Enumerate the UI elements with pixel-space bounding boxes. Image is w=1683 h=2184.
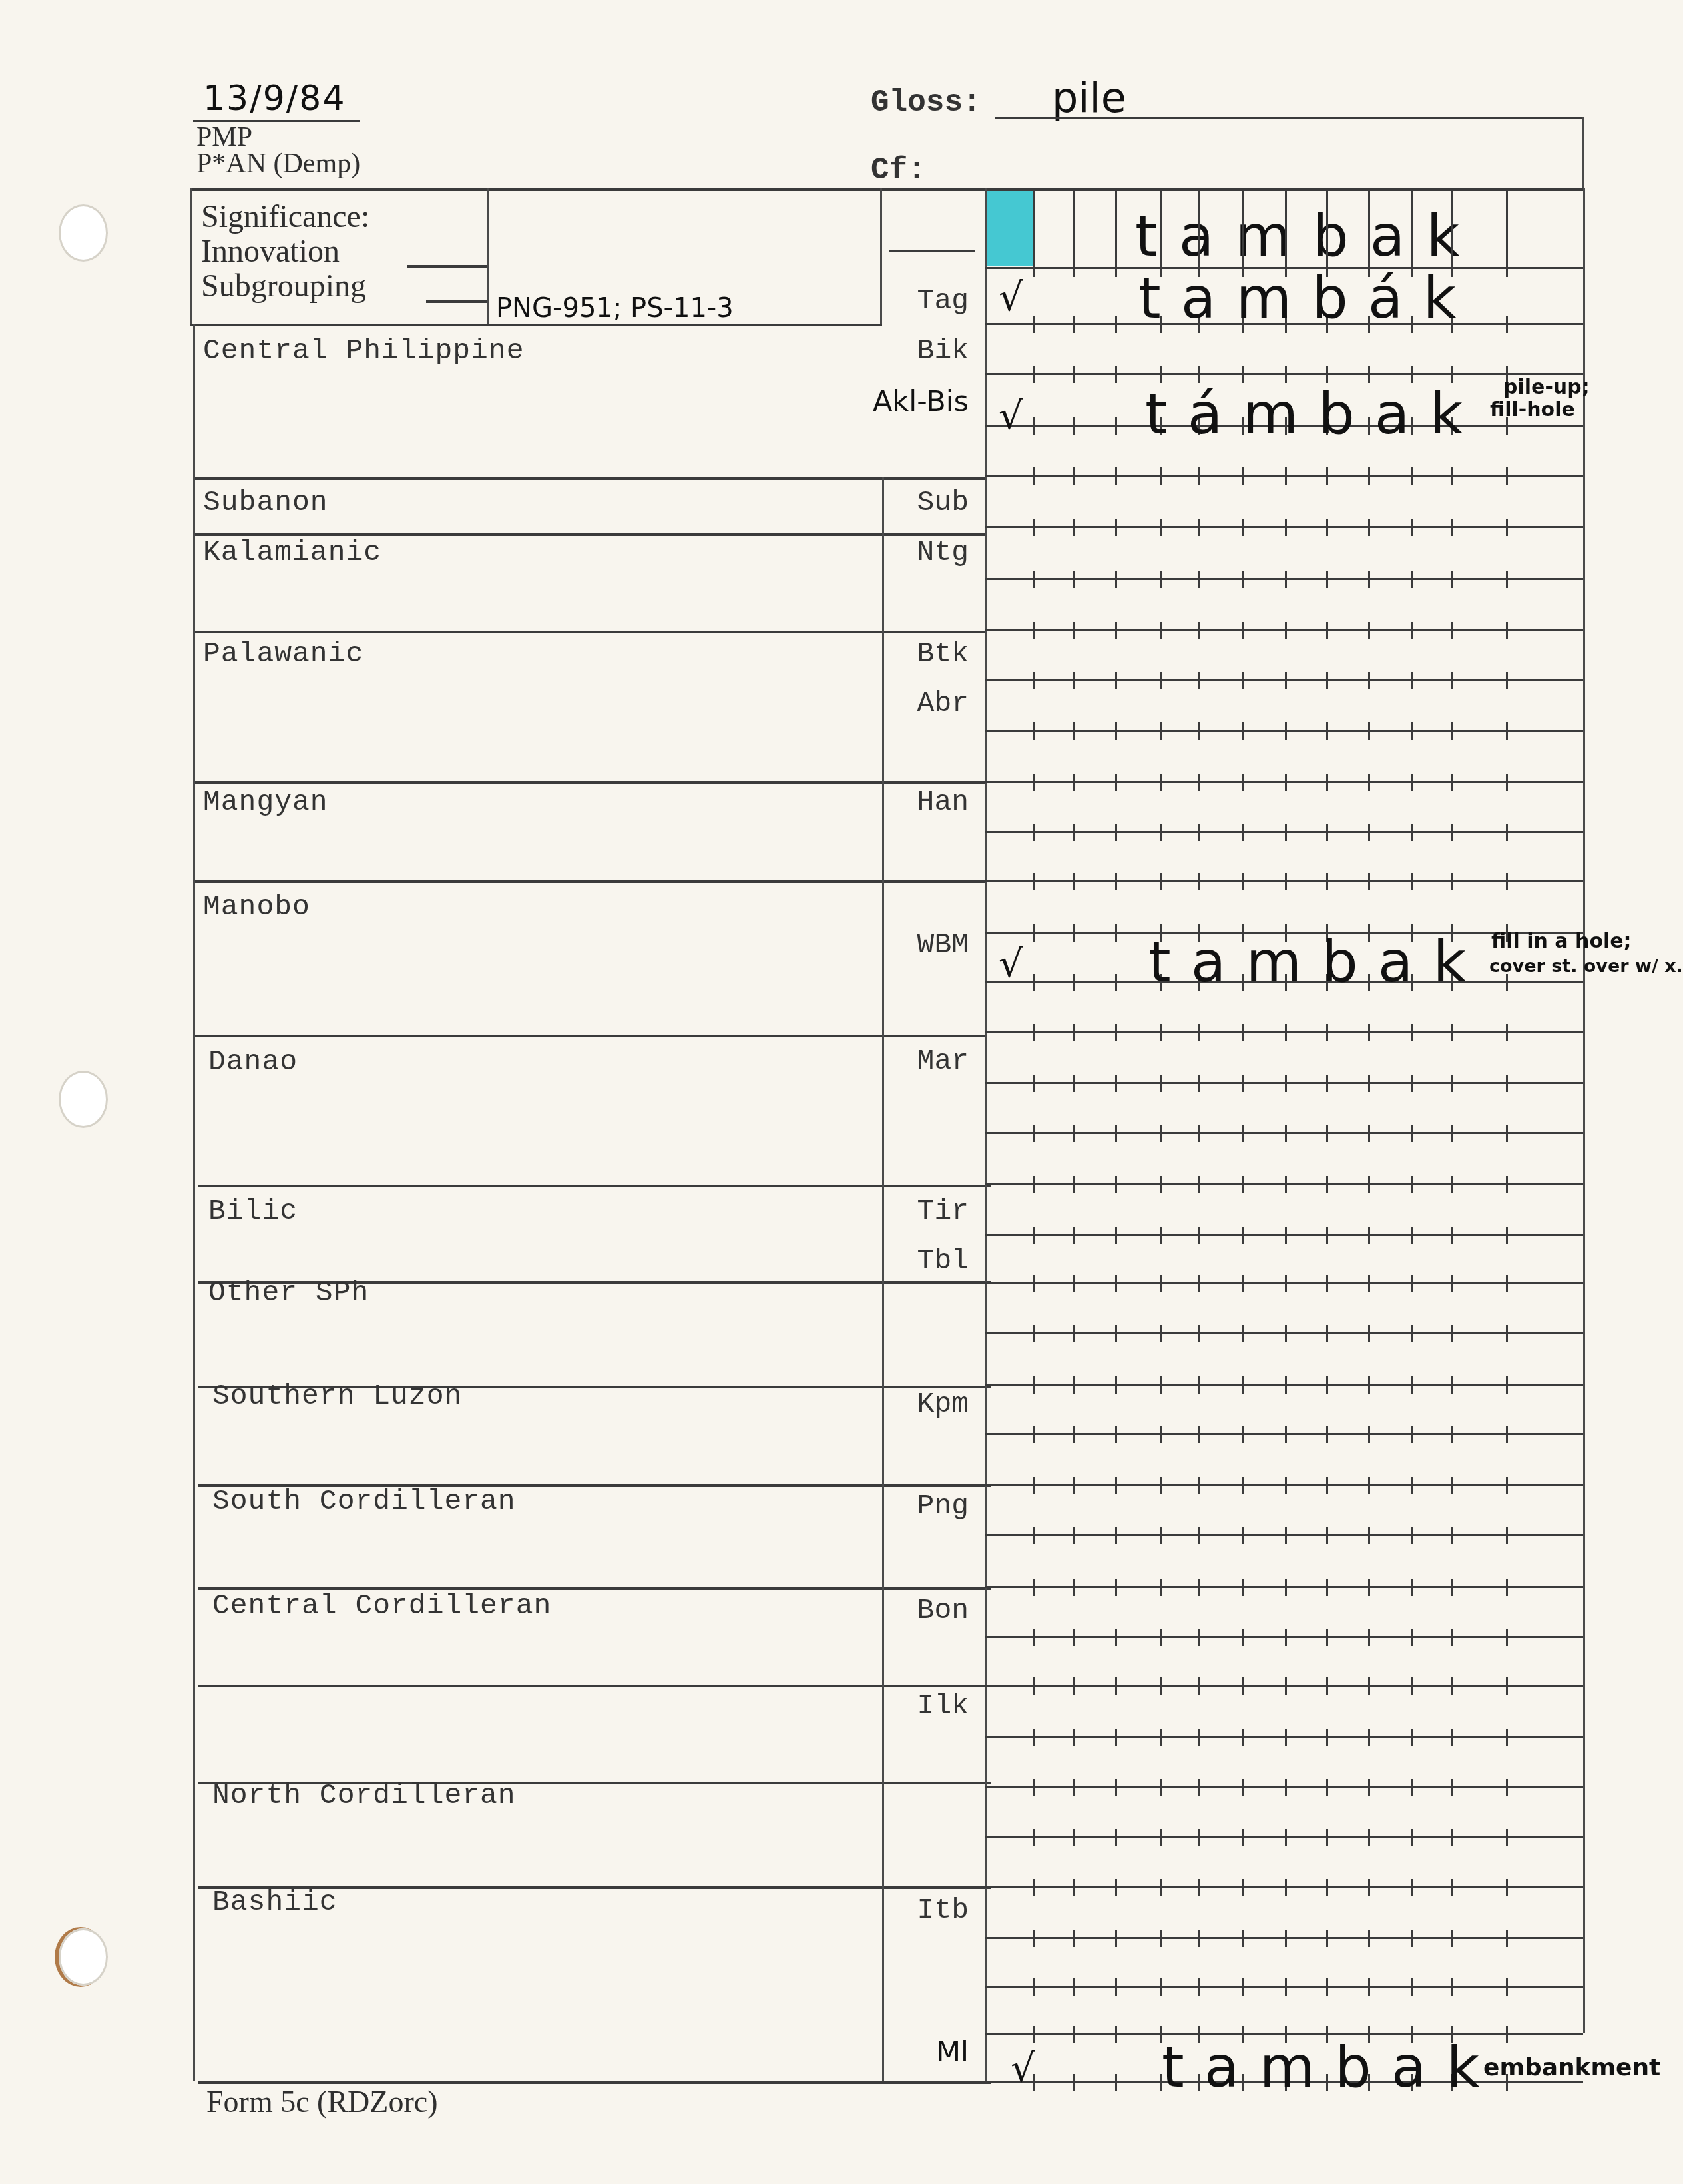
grid-tick <box>1160 1275 1162 1292</box>
grid-tick <box>1368 1579 1370 1596</box>
group-label: Manobo <box>203 890 310 923</box>
language-code: WBM <box>869 928 969 961</box>
grid-tick <box>1368 1325 1370 1342</box>
grid-tick <box>1506 1376 1508 1394</box>
grid-right-border <box>1583 188 1585 2033</box>
akl-bis-form[interactable]: támbak <box>1145 381 1483 447</box>
grid-tick <box>1506 672 1508 689</box>
grid-tick <box>1033 924 1035 942</box>
grid-tick <box>1411 1527 1413 1544</box>
grid-tick <box>1368 1829 1370 1846</box>
grid-tick <box>1073 2074 1075 2091</box>
grid-tick <box>1506 722 1508 740</box>
grid-tick <box>1368 1477 1370 1494</box>
section-divider <box>198 1685 991 1687</box>
grid-tick <box>1411 1829 1413 1846</box>
grid-tick <box>1506 1629 1508 1646</box>
grid-tick <box>1160 672 1162 689</box>
grid-tick <box>1411 1477 1413 1494</box>
wbm-note-2: cover st. over w/ x. <box>1489 956 1683 977</box>
grid-tick <box>1073 622 1075 639</box>
grid-tick <box>1506 571 1508 588</box>
grid-tick <box>1033 672 1035 689</box>
grid-tick <box>1285 467 1287 485</box>
grid-tick <box>1073 316 1075 333</box>
grid-tick <box>1285 824 1287 841</box>
grid-tick <box>1368 774 1370 791</box>
grid-tick <box>1160 1677 1162 1695</box>
grid-tick <box>1451 1376 1453 1394</box>
grid-tick <box>1073 366 1075 383</box>
header-cell-divider <box>1160 191 1162 267</box>
grid-tick <box>1115 1227 1117 1244</box>
grid-tick <box>1326 722 1328 740</box>
grid-tick <box>1285 1275 1287 1292</box>
grid-tick <box>1451 519 1453 536</box>
grid-tick <box>1451 1677 1453 1695</box>
grid-tick <box>1160 1978 1162 1996</box>
grid-tick <box>1451 1477 1453 1494</box>
grid-tick <box>1285 1879 1287 1896</box>
grid-tick <box>1411 774 1413 791</box>
grid-tick <box>1451 1024 1453 1041</box>
grid-tick <box>1285 672 1287 689</box>
grid-tick <box>1073 2026 1075 2043</box>
grid-tick <box>1506 1677 1508 1695</box>
grid-tick <box>1451 774 1453 791</box>
grid-tick <box>1368 1527 1370 1544</box>
grid-tick <box>1160 571 1162 588</box>
grid-tick <box>1115 571 1117 588</box>
grid-tick <box>1326 824 1328 841</box>
grid-tick <box>1285 1527 1287 1544</box>
grid-tick <box>1506 1176 1508 1193</box>
grid-tick <box>1033 316 1035 333</box>
grid-tick <box>1326 1879 1328 1896</box>
group-label: South Cordilleran <box>212 1485 516 1517</box>
grid-tick <box>1033 1426 1035 1443</box>
grid-tick <box>1451 672 1453 689</box>
gloss-box-right <box>1582 117 1584 191</box>
grid-tick <box>1073 1779 1075 1796</box>
section-divider <box>193 880 985 883</box>
grid-tick <box>1368 1075 1370 1092</box>
grid-tick <box>1368 873 1370 890</box>
grid-tick <box>1115 1879 1117 1896</box>
grid-tick <box>1198 1477 1200 1494</box>
grid-tick <box>1285 571 1287 588</box>
grid-tick <box>1073 1729 1075 1746</box>
punch-hole-bottom <box>59 1928 108 1986</box>
language-code: Abr <box>869 687 969 720</box>
grid-tick <box>1033 1275 1035 1292</box>
grid-tick <box>1368 672 1370 689</box>
grid-tick <box>1198 1376 1200 1394</box>
punch-hole-middle <box>59 1071 108 1128</box>
grid-tick <box>1506 467 1508 485</box>
grid-tick <box>1033 366 1035 383</box>
grid-tick <box>1073 924 1075 942</box>
grid-tick <box>1073 1829 1075 1846</box>
grid-tick <box>1198 873 1200 890</box>
grid-tick <box>1073 1879 1075 1896</box>
grid-tick <box>1198 722 1200 740</box>
grid-tick <box>1368 1227 1370 1244</box>
grid-tick <box>1326 1176 1328 1193</box>
grid-tick <box>1033 1125 1035 1142</box>
reconstruction-form[interactable]: tambak <box>1135 203 1481 270</box>
grid-tick <box>1242 467 1244 485</box>
grid-tick <box>1033 1779 1035 1796</box>
grid-tick <box>1073 417 1075 435</box>
header-cell-divider <box>1368 191 1370 267</box>
grid-tick <box>1198 622 1200 639</box>
grid-tick <box>1506 622 1508 639</box>
grid-tick <box>1242 622 1244 639</box>
grid-tick <box>1160 1075 1162 1092</box>
grid-tick <box>1242 1629 1244 1646</box>
grid-tick <box>1242 1729 1244 1746</box>
grid-tick <box>1326 1527 1328 1544</box>
grid-tick <box>1326 1829 1328 1846</box>
grid-tick <box>1368 1930 1370 1947</box>
grid-tick <box>1033 1879 1035 1896</box>
grid-tick <box>1242 571 1244 588</box>
group-label: Subanon <box>203 486 328 519</box>
grid-tick <box>1160 622 1162 639</box>
grid-tick <box>1073 571 1075 588</box>
language-code: Bon <box>869 1594 969 1627</box>
grid-tick <box>1115 1978 1117 1996</box>
grid-tick <box>1242 1579 1244 1596</box>
grid-tick <box>1451 1579 1453 1596</box>
grid-tick <box>1506 1579 1508 1596</box>
grid-tick <box>1115 1527 1117 1544</box>
grid-tick <box>1411 1325 1413 1342</box>
grid-tick <box>1285 519 1287 536</box>
grid-tick <box>1451 1879 1453 1896</box>
grid-tick <box>1285 1477 1287 1494</box>
grid-tick <box>1073 1426 1075 1443</box>
grid-tick <box>1506 873 1508 890</box>
group-label: North Cordilleran <box>212 1779 516 1812</box>
grid-tick <box>1285 1930 1287 1947</box>
grid-tick <box>1242 1477 1244 1494</box>
grid-tick <box>1368 1629 1370 1646</box>
grid-tick <box>1451 1176 1453 1193</box>
grid-tick <box>1033 2026 1035 2043</box>
grid-tick <box>1115 1426 1117 1443</box>
grid-tick <box>1198 1426 1200 1443</box>
grid-tick <box>1160 1527 1162 1544</box>
grid-tick <box>1368 1729 1370 1746</box>
grid-tick <box>1198 571 1200 588</box>
grid-tick <box>1242 1325 1244 1342</box>
grid-tick <box>1033 519 1035 536</box>
grid-tick <box>1326 1629 1328 1646</box>
reconstruction-dash <box>889 250 975 252</box>
grid-tick <box>1326 774 1328 791</box>
language-code: Han <box>869 786 969 818</box>
grid-tick <box>1411 1075 1413 1092</box>
grid-tick <box>1160 1024 1162 1041</box>
grid-tick <box>1073 774 1075 791</box>
language-code: Tbl <box>869 1244 969 1277</box>
grid-tick <box>1326 1579 1328 1596</box>
grid-tick <box>1033 722 1035 740</box>
reconstruction-highlight <box>987 191 1033 266</box>
grid-tick <box>1411 1779 1413 1796</box>
grid-tick <box>1242 519 1244 536</box>
grid-tick <box>1198 1930 1200 1947</box>
grid-tick <box>1033 1075 1035 1092</box>
grid-tick <box>1033 1024 1035 1041</box>
grid-tick <box>1073 1075 1075 1092</box>
grid-tick <box>1242 1426 1244 1443</box>
grid-tick <box>1033 1729 1035 1746</box>
language-code: Ml <box>869 2036 969 2069</box>
grid-tick <box>1411 1227 1413 1244</box>
wbm-form[interactable]: tambak <box>1148 929 1486 995</box>
language-code: Btk <box>869 637 969 670</box>
grid-tick <box>1368 1677 1370 1695</box>
grid-tick <box>1115 366 1117 383</box>
grid-tick <box>1160 1779 1162 1796</box>
grid-tick <box>1326 1930 1328 1947</box>
group-label: Kalamianic <box>203 536 381 569</box>
tag-check[interactable]: √ <box>999 274 1023 320</box>
grid-tick <box>1242 1024 1244 1041</box>
grid-tick <box>1242 774 1244 791</box>
grid-tick <box>1073 1275 1075 1292</box>
grid-tick <box>1368 1978 1370 1996</box>
grid-tick <box>1160 1376 1162 1394</box>
section-divider <box>198 1185 991 1187</box>
grid-tick <box>1160 1227 1162 1244</box>
grid-tick <box>1073 1376 1075 1394</box>
grid-tick <box>1411 1024 1413 1041</box>
section-divider <box>193 631 985 633</box>
grid-tick <box>1160 1477 1162 1494</box>
grid-tick <box>1285 774 1287 791</box>
grid-tick <box>1242 1779 1244 1796</box>
grid-tick <box>1411 1729 1413 1746</box>
grid-tick <box>1198 1677 1200 1695</box>
grid-tick <box>1326 622 1328 639</box>
grid-tick <box>1326 1227 1328 1244</box>
grid-tick <box>1285 873 1287 890</box>
grid-tick <box>1506 1978 1508 1996</box>
language-code: Tag <box>869 284 969 317</box>
grid-tick <box>1160 1426 1162 1443</box>
grid-tick <box>1242 1075 1244 1092</box>
innovation-blank[interactable] <box>407 265 487 268</box>
tag-form[interactable]: tambák <box>1138 265 1476 332</box>
grid-tick <box>1411 1629 1413 1646</box>
grid-tick <box>1033 1930 1035 1947</box>
gloss-label: Gloss: <box>871 85 981 120</box>
grid-tick <box>1285 1729 1287 1746</box>
language-code: Mar <box>869 1045 969 1077</box>
grid-tick <box>1073 873 1075 890</box>
grid-tick <box>1451 622 1453 639</box>
grid-tick <box>1115 1729 1117 1746</box>
grid-tick <box>1033 1477 1035 1494</box>
grid-tick <box>1368 467 1370 485</box>
grid-tick <box>1115 622 1117 639</box>
proto-language-2: P*AN (Demp) <box>196 148 360 180</box>
grid-tick <box>1411 1879 1413 1896</box>
grid-tick <box>1451 1075 1453 1092</box>
grid-tick <box>1506 1275 1508 1292</box>
grid-tick <box>1073 1024 1075 1041</box>
grid-tick <box>1198 1527 1200 1544</box>
grid-tick <box>1242 1125 1244 1142</box>
grid-tick <box>1198 672 1200 689</box>
grid-tick <box>1242 1527 1244 1544</box>
grid-tick <box>1451 1227 1453 1244</box>
grid-tick <box>1285 1024 1287 1041</box>
grid-tick <box>1285 1579 1287 1596</box>
grid-tick <box>1506 1879 1508 1896</box>
grid-tick <box>1115 1829 1117 1846</box>
grid-tick <box>1451 571 1453 588</box>
grid-tick <box>1506 824 1508 841</box>
grid-tick <box>1411 519 1413 536</box>
ml-form[interactable]: tambak <box>1162 2034 1499 2101</box>
grid-tick <box>1451 1629 1453 1646</box>
grid-tick <box>1411 467 1413 485</box>
grid-tick <box>1160 824 1162 841</box>
grid-tick <box>1411 722 1413 740</box>
gloss-value[interactable]: pile <box>1052 73 1126 122</box>
grid-tick <box>1033 622 1035 639</box>
grid-tick <box>1033 467 1035 485</box>
grid-tick <box>1115 519 1117 536</box>
group-label: Central Cordilleran <box>212 1589 551 1622</box>
ml-check[interactable]: √ <box>1011 2046 1035 2091</box>
grid-tick <box>1368 622 1370 639</box>
grid-tick <box>1285 1629 1287 1646</box>
grid-tick <box>1451 1779 1453 1796</box>
header-cell-divider <box>1451 191 1453 267</box>
grid-tick <box>1506 1325 1508 1342</box>
grid-tick <box>1242 1930 1244 1947</box>
grid-tick <box>1033 1176 1035 1193</box>
grid-tick <box>1115 924 1117 942</box>
grid-tick <box>1115 1275 1117 1292</box>
grid-tick <box>1326 1729 1328 1746</box>
grid-tick <box>1285 722 1287 740</box>
language-code: Itb <box>869 1894 969 1926</box>
cf-label: Cf: <box>871 153 926 188</box>
grid-tick <box>1160 1629 1162 1646</box>
grid-tick <box>1073 1629 1075 1646</box>
grid-tick <box>1451 1426 1453 1443</box>
grid-tick <box>1033 417 1035 435</box>
wbm-check[interactable]: √ <box>999 941 1023 986</box>
grid-tick <box>1451 1527 1453 1544</box>
grid-tick <box>1285 1779 1287 1796</box>
grid-tick <box>1115 316 1117 333</box>
grid-tick <box>1506 260 1508 277</box>
grid-tick <box>1285 1325 1287 1342</box>
grid-tick <box>1285 622 1287 639</box>
ml-note: embankment <box>1483 2057 1660 2079</box>
grid-tick <box>1368 824 1370 841</box>
grid-tick <box>1242 1677 1244 1695</box>
grid-tick <box>1411 1579 1413 1596</box>
grid-tick <box>1285 1426 1287 1443</box>
sig-box-bottom <box>190 324 882 326</box>
subgrouping-blank[interactable] <box>426 300 487 303</box>
grid-tick <box>1451 722 1453 740</box>
grid-tick <box>1198 467 1200 485</box>
grid-tick <box>1073 1579 1075 1596</box>
grid-tick <box>1242 1829 1244 1846</box>
grid-tick <box>1326 1325 1328 1342</box>
grid-tick <box>1506 1125 1508 1142</box>
grid-tick <box>1285 1075 1287 1092</box>
grid-tick <box>1033 1579 1035 1596</box>
grid-tick <box>1073 1325 1075 1342</box>
header-cell-divider <box>1242 191 1244 267</box>
grid-tick <box>1115 2026 1117 2043</box>
table-left-border <box>193 324 195 2081</box>
gloss-underline <box>995 117 1584 119</box>
grid-tick <box>1198 824 1200 841</box>
grid-tick <box>1160 1579 1162 1596</box>
grid-tick <box>1115 672 1117 689</box>
language-code: Kpm <box>869 1388 969 1420</box>
grid-tick <box>1115 873 1117 890</box>
grid-tick <box>1326 1075 1328 1092</box>
grid-tick <box>1033 571 1035 588</box>
grid-tick <box>1073 519 1075 536</box>
akl-bis-check[interactable]: √ <box>999 393 1023 438</box>
grid-tick <box>1160 519 1162 536</box>
grid-tick <box>1368 1426 1370 1443</box>
grid-tick <box>1115 1779 1117 1796</box>
grid-tick <box>1115 1477 1117 1494</box>
grid-tick <box>1285 1376 1287 1394</box>
grid-tick <box>1033 1325 1035 1342</box>
grid-tick <box>1506 1779 1508 1796</box>
grid-tick <box>1073 260 1075 277</box>
grid-tick <box>1198 1779 1200 1796</box>
grid-tick <box>1115 1176 1117 1193</box>
grid-tick <box>1285 1978 1287 1996</box>
grid-tick <box>1198 1125 1200 1142</box>
grid-tick <box>1115 467 1117 485</box>
grid-tick <box>1326 1779 1328 1796</box>
group-label: Bashiic <box>212 1886 338 1918</box>
grid-tick <box>1160 1176 1162 1193</box>
grid-tick <box>1073 1930 1075 1947</box>
grid-tick <box>1073 1176 1075 1193</box>
wbm-note-1: fill in a hole; <box>1491 931 1632 952</box>
grid-tick <box>1506 316 1508 333</box>
grid-tick <box>1506 1024 1508 1041</box>
grid-tick <box>1411 571 1413 588</box>
grid-tick <box>1506 774 1508 791</box>
grid-tick <box>1506 1527 1508 1544</box>
grid-tick <box>1033 1376 1035 1394</box>
grid-tick <box>1326 1477 1328 1494</box>
grid-tick <box>1198 1579 1200 1596</box>
header-cell-divider <box>1115 191 1117 267</box>
sig-box-left <box>190 188 192 325</box>
